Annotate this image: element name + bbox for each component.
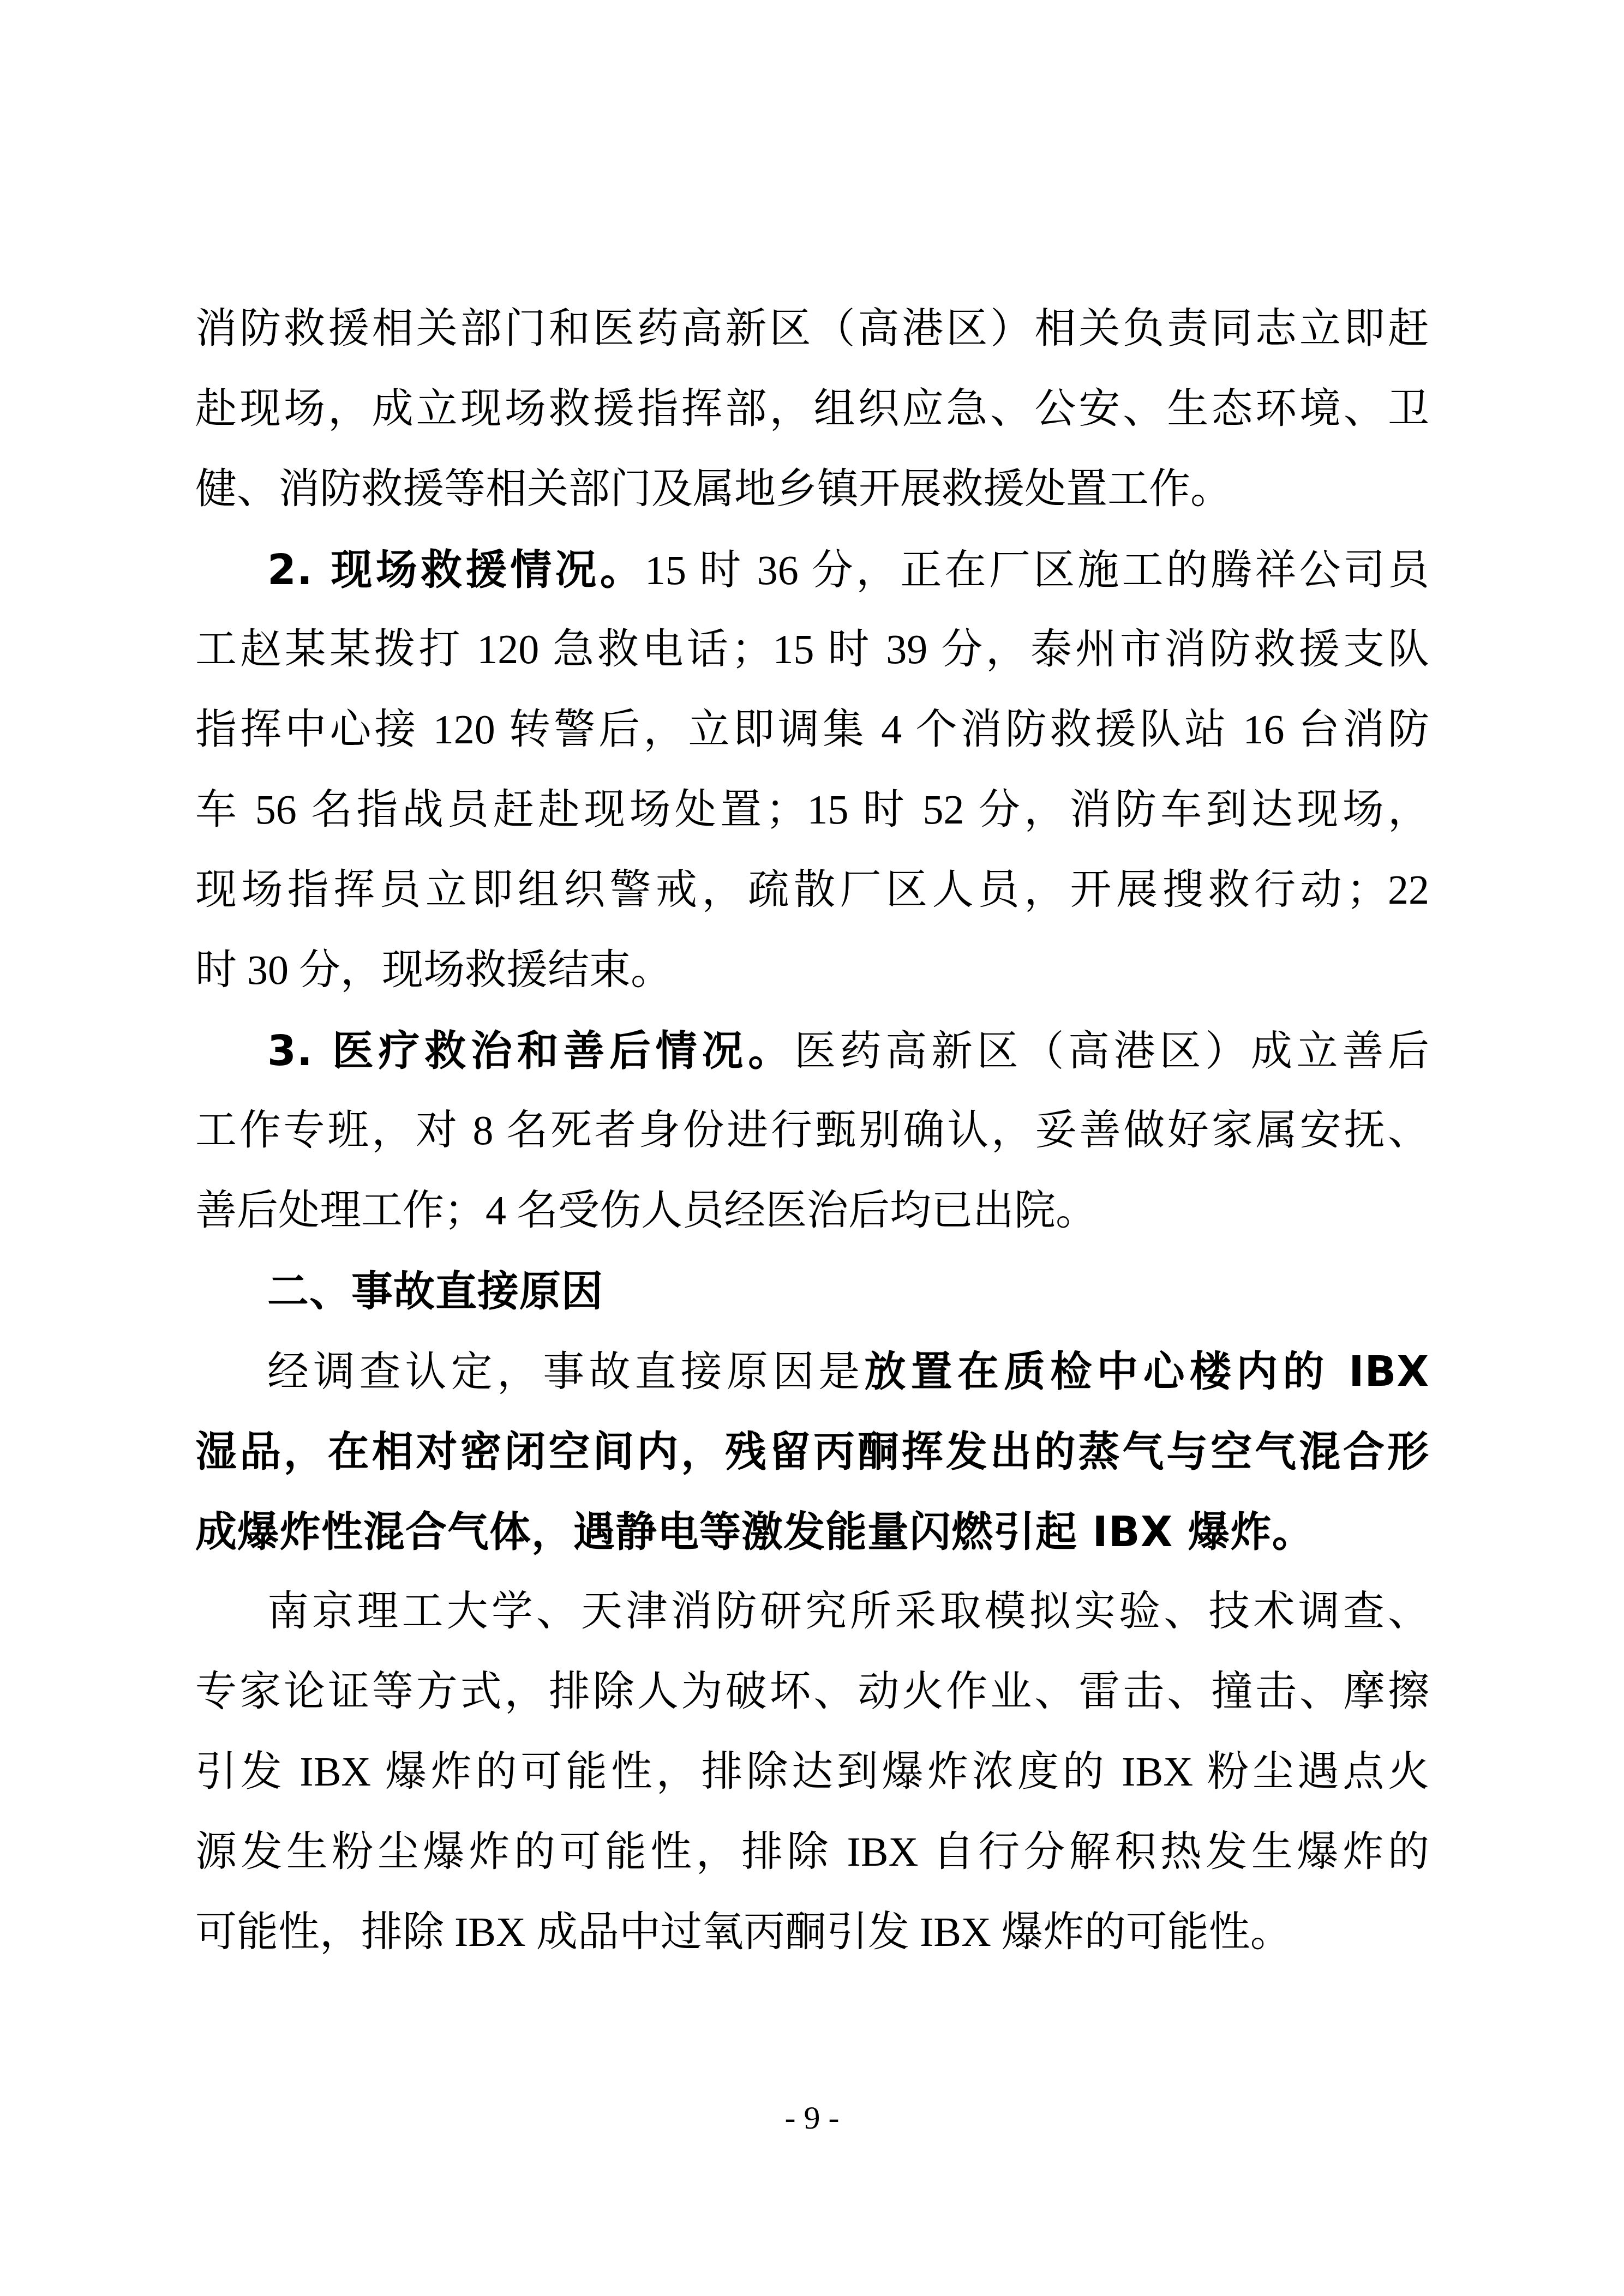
text-run: 工作专班，对 8 名死者身份进行甄别确认，妥善做好家属安抚、: [195, 1108, 1429, 1153]
bold-text-run: 二、事故直接原因: [267, 1267, 603, 1315]
bold-text-run: 3. 医疗救治和善后情况。: [267, 1026, 794, 1075]
text-run: 健、消防救援等相关部门及属地乡镇开展救援处置工作。: [195, 466, 1232, 512]
text-run: 南京理工大学、天津消防研究所采取模拟实验、技术调查、: [267, 1589, 1429, 1634]
text-line: 湿品，在相对密闭空间内，残留丙酮挥发出的蒸气与空气混合形: [195, 1411, 1429, 1492]
page-number: - 9 -: [0, 2099, 1624, 2137]
text-line: 善后处理工作；4 名受伤人员经医治后均已出院。: [195, 1171, 1429, 1251]
text-line: 工赵某某拨打 120 急救电话；15 时 39 分，泰州市消防救援支队: [195, 610, 1429, 690]
text-line: 车 56 名指战员赶赴现场处置；15 时 52 分，消防车到达现场，: [195, 770, 1429, 850]
text-run: 工赵某某拨打 120 急救电话；15 时 39 分，泰州市消防救援支队: [195, 627, 1429, 672]
text-line: 源发生粉尘爆炸的可能性，排除 IBX 自行分解积热发生爆炸的: [195, 1812, 1429, 1892]
text-line: 可能性，排除 IBX 成品中过氧丙酮引发 IBX 爆炸的可能性。: [195, 1892, 1429, 1973]
bold-text-run: 湿品，在相对密闭空间内，残留丙酮挥发出的蒸气与空气混合形: [195, 1427, 1429, 1476]
text-line: 2. 现场救援情况。15 时 36 分，正在厂区施工的腾祥公司员: [195, 530, 1429, 610]
text-line: 成爆炸性混合气体，遇静电等激发能量闪燃引起 IBX 爆炸。: [195, 1492, 1429, 1572]
text-line: 工作专班，对 8 名死者身份进行甄别确认，妥善做好家属安抚、: [195, 1091, 1429, 1171]
text-line: 指挥中心接 120 转警后，立即调集 4 个消防救援队站 16 台消防: [195, 690, 1429, 770]
text-run: 15 时 36 分，正在厂区施工的腾祥公司员: [645, 548, 1429, 593]
text-line: 二、事故直接原因: [195, 1251, 1429, 1331]
text-line: 3. 医疗救治和善后情况。医药高新区（高港区）成立善后: [195, 1011, 1429, 1091]
text-line: 经调查认定，事故直接原因是放置在质检中心楼内的 IBX: [195, 1331, 1429, 1411]
text-run: 消防救援相关部门和医药高新区（高港区）相关负责同志立即赶: [195, 306, 1429, 352]
bold-text-run: 放置在质检中心楼内的 IBX: [865, 1347, 1429, 1396]
text-run: 源发生粉尘爆炸的可能性，排除 IBX 自行分解积热发生爆炸的: [195, 1829, 1429, 1875]
text-line: 消防救援相关部门和医药高新区（高港区）相关负责同志立即赶: [195, 289, 1429, 369]
text-line: 南京理工大学、天津消防研究所采取模拟实验、技术调查、: [195, 1572, 1429, 1652]
text-run: 医药高新区（高港区）成立善后: [794, 1029, 1429, 1074]
text-run: 经调查认定，事故直接原因是: [267, 1349, 865, 1395]
text-line: 引发 IBX 爆炸的可能性，排除达到爆炸浓度的 IBX 粉尘遇点火: [195, 1732, 1429, 1812]
text-run: 指挥中心接 120 转警后，立即调集 4 个消防救援队站 16 台消防: [195, 707, 1429, 753]
text-line: 赴现场，成立现场救援指挥部，组织应急、公安、生态环境、卫: [195, 369, 1429, 449]
text-run: 车 56 名指战员赶赴现场处置；15 时 52 分，消防车到达现场，: [195, 787, 1429, 833]
text-line: 健、消防救援等相关部门及属地乡镇开展救援处置工作。: [195, 449, 1429, 530]
text-run: 善后处理工作；4 名受伤人员经医治后均已出院。: [195, 1188, 1097, 1234]
text-run: 现场指挥员立即组织警戒，疏散厂区人员，开展搜救行动；22: [195, 867, 1429, 913]
text-run: 引发 IBX 爆炸的可能性，排除达到爆炸浓度的 IBX 粉尘遇点火: [195, 1749, 1429, 1795]
bold-text-run: 成爆炸性混合气体，遇静电等激发能量闪燃引起 IBX 爆炸。: [195, 1507, 1314, 1556]
document-page: 消防救援相关部门和医药高新区（高港区）相关负责同志立即赶赴现场，成立现场救援指挥…: [0, 0, 1624, 2296]
text-run: 赴现场，成立现场救援指挥部，组织应急、公安、生态环境、卫: [195, 386, 1429, 432]
text-run: 时 30 分，现场救援结束。: [195, 947, 672, 993]
document-body: 消防救援相关部门和医药高新区（高港区）相关负责同志立即赶赴现场，成立现场救援指挥…: [195, 289, 1429, 1973]
bold-text-run: 2. 现场救援情况。: [267, 545, 645, 594]
text-line: 现场指挥员立即组织警戒，疏散厂区人员，开展搜救行动；22: [195, 850, 1429, 930]
text-line: 专家论证等方式，排除人为破坏、动火作业、雷击、撞击、摩擦: [195, 1652, 1429, 1732]
text-line: 时 30 分，现场救援结束。: [195, 930, 1429, 1011]
text-run: 可能性，排除 IBX 成品中过氧丙酮引发 IBX 爆炸的可能性。: [195, 1909, 1292, 1955]
text-run: 专家论证等方式，排除人为破坏、动火作业、雷击、撞击、摩擦: [195, 1669, 1429, 1715]
